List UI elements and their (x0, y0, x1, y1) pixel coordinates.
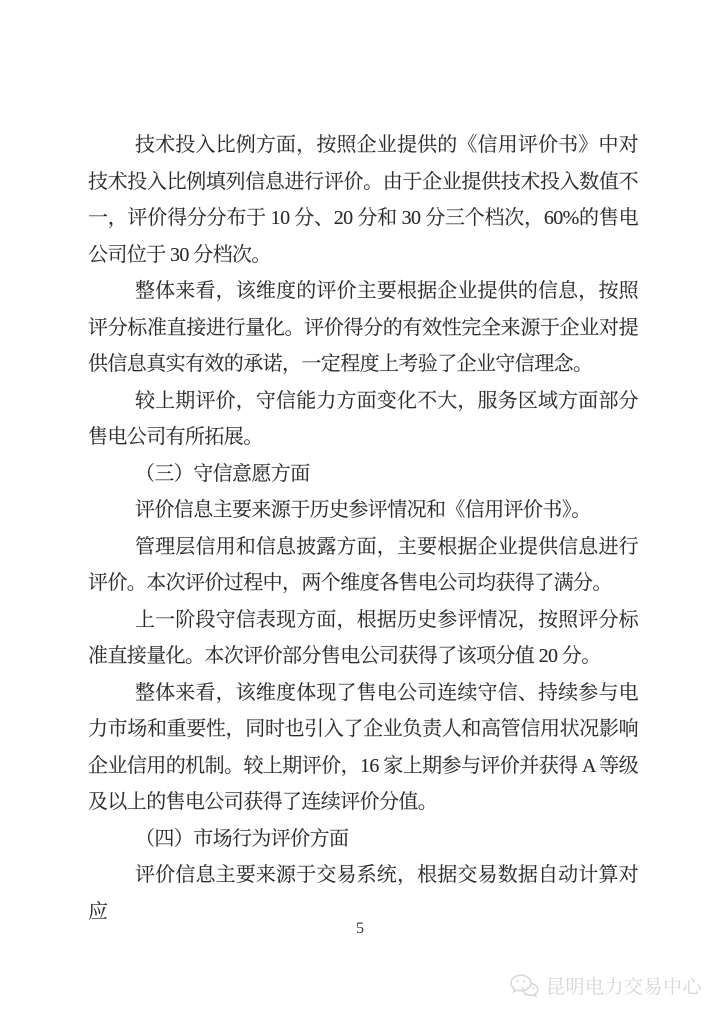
document-body: 技术投入比例方面，按照企业提供的《信用评价书》中对技术投入比例填列信息进行评价。… (88, 127, 638, 930)
body-paragraph: 整体来看，该维度体现了售电公司连续守信、持续参与电力市场和重要性，同时也引入了企… (88, 675, 638, 821)
body-paragraph: 技术投入比例方面，按照企业提供的《信用评价书》中对技术投入比例填列信息进行评价。… (88, 127, 638, 273)
watermark-text: 昆明电力交易中心 (546, 972, 702, 999)
section-heading-3: （三）守信意愿方面 (88, 456, 638, 493)
body-paragraph: 较上期评价，守信能力方面变化不大，服务区域方面部分售电公司有所拓展。 (88, 383, 638, 456)
section-heading-4: （四）市场行为评价方面 (88, 821, 638, 858)
body-paragraph: 整体来看，该维度的评价主要根据企业提供的信息，按照评分标准直接进行量化。评价得分… (88, 273, 638, 383)
body-paragraph: 评价信息主要来源于历史参评情况和《信用评价书》。 (88, 492, 638, 529)
body-paragraph: 上一阶段守信表现方面，根据历史参评情况，按照评分标准直接量化。本次评价部分售电公… (88, 602, 638, 675)
document-page: 技术投入比例方面，按照企业提供的《信用评价书》中对技术投入比例填列信息进行评价。… (0, 0, 720, 1018)
page-number: 5 (0, 920, 720, 938)
footer-watermark: 昆明电力交易中心 (509, 972, 702, 999)
body-paragraph: 管理层信用和信息披露方面，主要根据企业提供信息进行评价。本次评价过程中，两个维度… (88, 529, 638, 602)
wechat-icon (509, 973, 539, 999)
